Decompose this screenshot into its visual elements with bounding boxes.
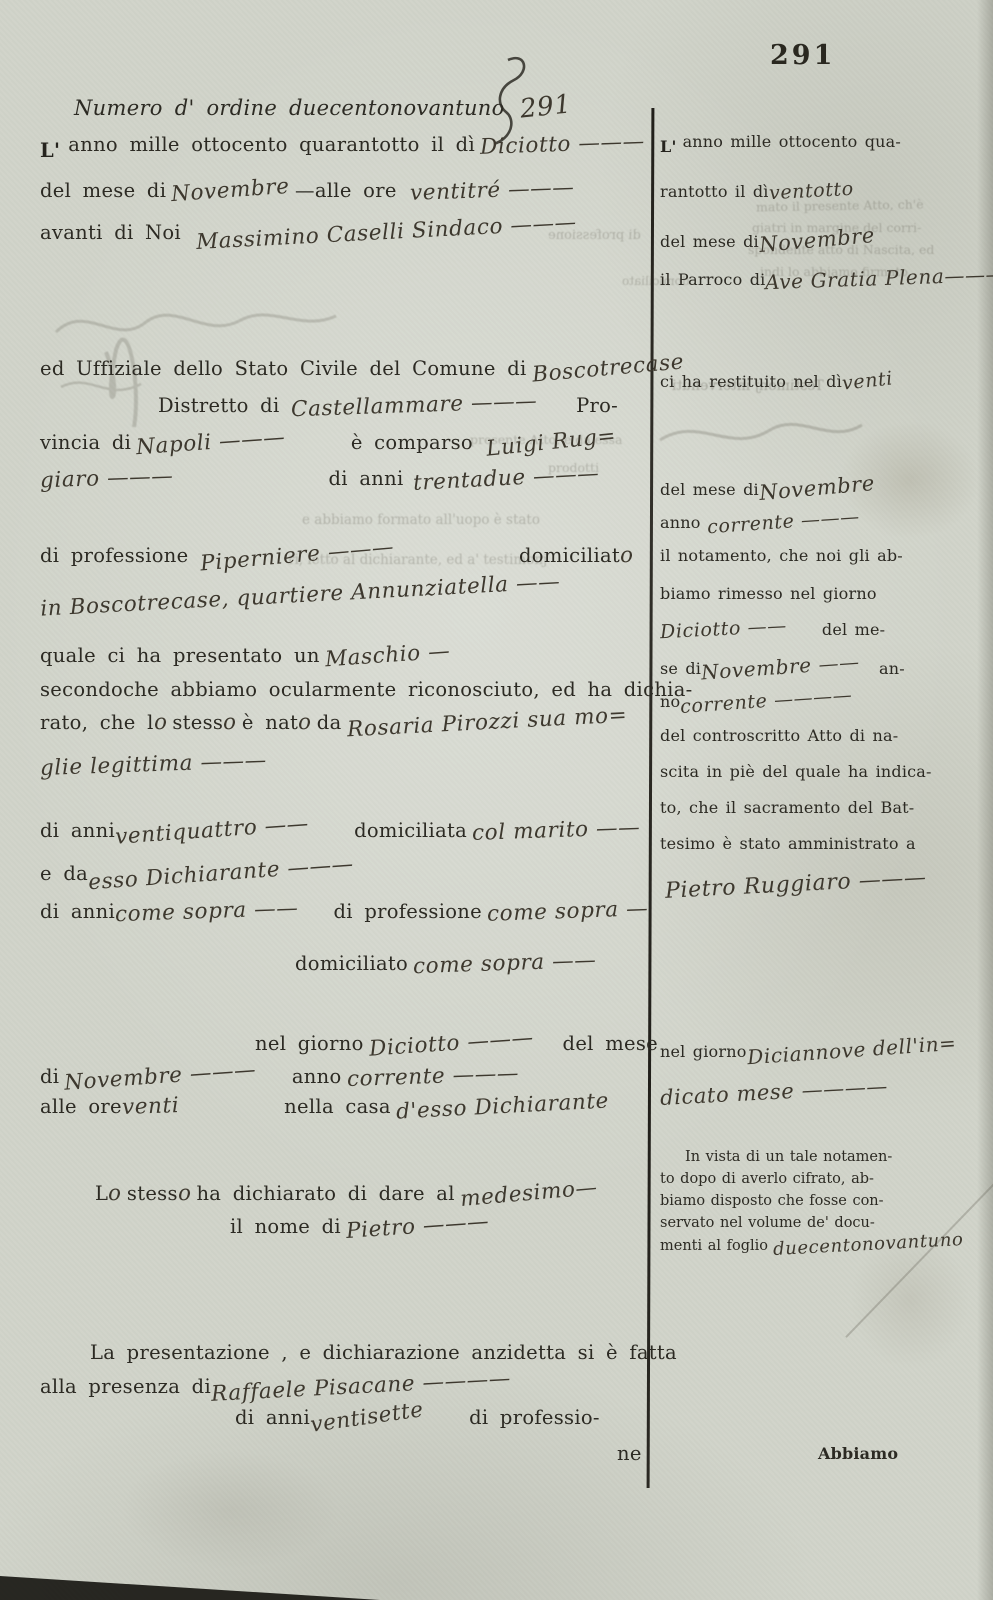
printed-text: stess	[172, 711, 223, 734]
printed-text: il nome di	[230, 1215, 341, 1238]
printed-text: rato, che l	[40, 711, 154, 734]
handwritten-birth-month: Novembre ———	[64, 1057, 258, 1095]
handwritten-year: corrente ————	[680, 684, 854, 718]
handwritten-baptism-day-continued: dicato mese ————	[660, 1074, 889, 1110]
printed-text: nella casa	[284, 1095, 391, 1118]
handwritten-day: Diciotto ———	[480, 129, 646, 160]
handwritten-mother-domicile: col marito ——	[472, 815, 641, 846]
order-number-label: Numero d' ordine duecentonovantuno	[74, 96, 505, 120]
handwritten-hour: ventitré ———	[409, 175, 574, 206]
printed-text: di professio-	[469, 1406, 600, 1429]
printed-text: di professione	[40, 544, 189, 567]
handwritten-witness-age: ventisette	[309, 1397, 425, 1438]
handwritten-age-as-above: come sopra ——	[115, 896, 299, 927]
scan-edge-shadow	[0, 1570, 380, 1600]
page-number: 291	[770, 40, 835, 71]
printed-text: e da	[40, 862, 88, 885]
printed-text: domiciliata	[354, 819, 467, 842]
printed-text: di anni	[329, 467, 404, 490]
handwritten-year: corrente ———	[706, 506, 860, 539]
handwritten-official-name: Massimino Caselli Sindaco ———	[196, 210, 578, 255]
printed-text: In vista di un tale notamen-	[685, 1149, 892, 1165]
handwritten-gender-ending: o	[620, 543, 634, 568]
handwritten-mother-continued: glie legittima ———	[40, 748, 268, 781]
handwritten-child-name: Pietro ———	[345, 1209, 490, 1244]
handwritten-baptism-day: Diciannove dell'in=	[746, 1031, 957, 1070]
printed-text: il notamento, che noi gli ab-	[660, 546, 903, 565]
printed-text: L	[95, 1182, 108, 1205]
printed-text: del controscritto Atto di na-	[660, 726, 898, 745]
printed-text: di	[40, 1065, 59, 1088]
handwritten-return-day: ventotto	[768, 178, 854, 204]
printed-text: nel giorno	[660, 1042, 747, 1061]
handwritten-letter: o	[298, 710, 312, 735]
handwritten-domicile: in Boscotrecase, quartiere Annunziatella…	[40, 569, 561, 621]
handwritten-letter: o	[108, 1181, 122, 1206]
printed-text: domiciliat	[519, 544, 620, 567]
handwritten-letter: o	[223, 710, 237, 735]
printed-text: anno mille ottocento qua-	[683, 132, 901, 151]
handwritten-month: Novembre	[758, 471, 876, 505]
handwritten-medesimo: medesimo—	[459, 1175, 598, 1212]
printed-text: rantotto il dì	[660, 182, 769, 201]
printed-text: è nat	[242, 711, 298, 734]
printed-text: stess	[127, 1182, 178, 1205]
printed-text: ha dichiarato di dare al	[196, 1182, 454, 1205]
handwritten-birth-house: d'esso Dichiarante	[395, 1088, 609, 1124]
catchword-right: Abbiamo	[818, 1444, 898, 1463]
handwritten-birth-day: Diciotto ———	[368, 1025, 534, 1061]
printed-text: alla presenza di	[40, 1375, 211, 1398]
printed-text: nel giorno	[255, 1032, 364, 1055]
printed-text: biamo disposto che fosse con-	[660, 1193, 884, 1209]
printed-text: alle ore	[40, 1095, 122, 1118]
handwritten-month: Novembre	[758, 223, 876, 257]
printed-text: anno	[660, 513, 701, 532]
handwritten-birth-year: corrente ———	[346, 1061, 519, 1092]
handwritten-provincia: Napoli ———	[136, 425, 287, 460]
drop-cap: L'	[40, 139, 60, 162]
handwritten-mother-name: Rosaria Pirozzi sua mo=	[346, 703, 627, 743]
bleed-through-text: e abbiamo formato all'uopo è stato	[302, 512, 540, 528]
civil-record-page: 291 mato il presente Atto, ch'è giatri i…	[0, 0, 993, 1600]
handwritten-witness-name: Raffaele Pisacane ————	[211, 1366, 512, 1407]
handwritten-birth-hour: venti	[121, 1093, 179, 1120]
handwritten-profession-as-above: come sopra —	[487, 896, 649, 927]
printed-text: del mese di	[660, 480, 759, 499]
printed-text: avanti di Noi	[40, 221, 181, 244]
printed-text: di anni	[40, 900, 115, 923]
printed-text: servato nel volume de' docu-	[660, 1215, 875, 1231]
handwritten-age: trentadue ———	[412, 461, 599, 496]
printed-text: anno	[292, 1065, 342, 1088]
printed-text: Pro-	[576, 394, 618, 417]
printed-text: il Parroco di	[660, 270, 765, 289]
printed-text: to, che il sacramento del Bat-	[660, 798, 914, 817]
handwritten-letter: o	[177, 1181, 191, 1206]
printed-text: è comparso	[351, 431, 473, 454]
printed-text: domiciliato	[295, 952, 408, 975]
printed-text: biamo rimesso nel giorno	[660, 584, 877, 603]
handwritten-mother-age: ventiquattro ——	[114, 811, 309, 849]
ghost-handwriting-squiggle	[650, 400, 870, 470]
printed-text: La presentazione , e dichiarazione anzid…	[90, 1341, 677, 1364]
printed-text: ci ha restituito nel dì	[660, 372, 842, 391]
column-divider	[647, 108, 654, 1488]
paper-stain	[120, 1450, 340, 1570]
printed-text: se di	[660, 659, 701, 678]
handwritten-month: Novembre ——	[700, 649, 860, 684]
printed-text: di anni	[40, 819, 115, 842]
handwritten-letter: o	[153, 710, 167, 735]
handwritten-baptized-name: Pietro Ruggiaro ———	[665, 865, 928, 904]
printed-text: di anni	[235, 1406, 310, 1429]
printed-text: ed Uffiziale dello Stato Civile del Comu…	[40, 357, 527, 380]
catchword-left: ne	[617, 1442, 642, 1465]
handwritten-profession: Piperniere ———	[199, 535, 395, 577]
handwritten-name-continued: giaro ———	[40, 464, 174, 494]
handwritten-parish-name: Ave Gratia Plena———	[765, 262, 993, 294]
printed-text: del mese di	[40, 179, 166, 202]
printed-text: Distretto di	[158, 394, 280, 417]
printed-text: —alle ore	[295, 179, 397, 202]
printed-text: del me-	[822, 620, 885, 639]
handwritten-domicile-as-above: come sopra ——	[413, 948, 597, 979]
printed-text: del mese di	[660, 232, 759, 251]
handwritten-sex: Maschio —	[324, 639, 451, 673]
printed-text: da	[317, 711, 342, 734]
printed-text: del mese	[563, 1032, 658, 1055]
printed-text: tesimo è stato amministrato a	[660, 834, 916, 853]
printed-text: no	[660, 692, 680, 711]
handwritten-folio-number: duecentonovantuno	[773, 1229, 964, 1260]
drop-cap: L'	[660, 137, 677, 156]
printed-text: anno mille ottocento quarantotto il dì	[68, 133, 475, 156]
printed-text: secondoche abbiamo ocularmente riconosci…	[40, 678, 693, 701]
handwritten-declarant-name: Luigi Rug=	[485, 423, 617, 461]
handwritten-restitution-day: venti	[841, 367, 894, 394]
handwritten-distretto: Castellammare ———	[290, 389, 537, 423]
printed-text: quale ci ha presentato un	[40, 644, 320, 667]
handwritten-declarant-ref: esso Dichiarante ———	[87, 852, 354, 895]
printed-text: menti al foglio	[660, 1238, 768, 1254]
printed-text: scita in piè del quale ha indica-	[660, 762, 932, 781]
printed-text: di professione	[334, 900, 483, 923]
printed-text: vincia di	[40, 431, 131, 454]
page-gutter-shadow	[977, 0, 993, 1600]
handwritten-remittal-day: Diciotto ——	[660, 615, 788, 644]
printed-text: an-	[879, 659, 905, 678]
handwritten-month: Novembre	[171, 174, 291, 207]
printed-text: to dopo di averlo cifrato, ab-	[660, 1171, 874, 1187]
